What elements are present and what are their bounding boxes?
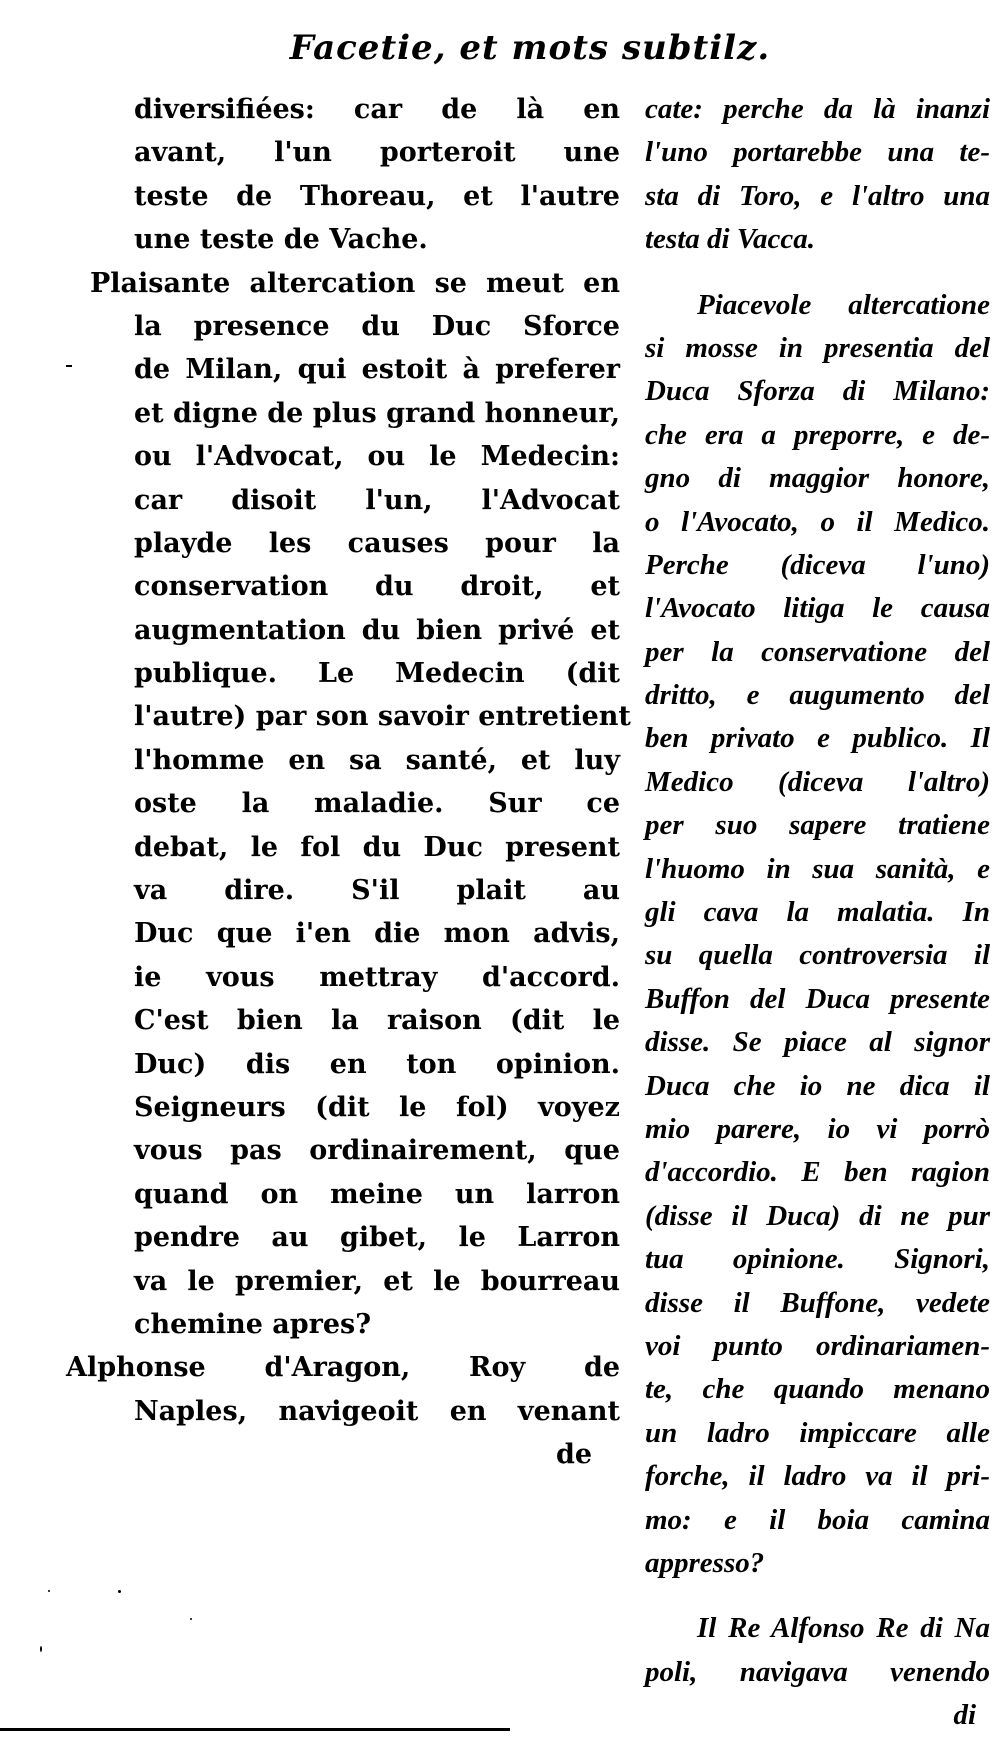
french-paragraph-3: Alphonse d'Aragon, Roy de Naples, navige… xyxy=(90,1346,620,1476)
text-line: appresso? xyxy=(645,1542,990,1585)
text-line: augmentation du bien privé et xyxy=(90,609,620,652)
text-line: la presence du Duc Sforce xyxy=(90,305,620,348)
margin-mark xyxy=(66,365,72,367)
text-line: te, che quando menano xyxy=(645,1368,990,1411)
text-line: chemine apres? xyxy=(90,1303,620,1346)
text-line: un ladro impiccare alle xyxy=(645,1412,990,1455)
text-line: gli cava la malatia. In xyxy=(645,891,990,934)
italian-paragraph-1: cate: perche da là inanzi l'uno portareb… xyxy=(645,88,990,262)
text-line: conservation du droit, et xyxy=(90,565,620,608)
text-line: disse. Se piace al signor xyxy=(645,1021,990,1064)
text-line: de Milan, qui estoit à preferer xyxy=(90,348,620,391)
text-line: oste la maladie. Sur ce xyxy=(90,782,620,825)
text-line: Seigneurs (dit le fol) voyez xyxy=(90,1086,620,1129)
text-line: Perche (diceva l'uno) xyxy=(645,544,990,587)
text-line: forche, il ladro va il pri- xyxy=(645,1455,990,1498)
text-line: tua opinione. Signori, xyxy=(645,1238,990,1281)
text-line: une teste de Vache. xyxy=(90,218,620,261)
text-line: vous pas ordinairement, que xyxy=(90,1129,620,1172)
text-line: l'autre) par son savoir entretient xyxy=(90,695,620,738)
french-paragraph-1: diversifiées: car de là en avant, l'un p… xyxy=(90,88,620,262)
text-line: ie vous mettray d'accord. xyxy=(90,956,620,999)
text-line: voi punto ordinariamen- xyxy=(645,1325,990,1368)
book-page: Facetie, et mots subtilz. diversifiées: … xyxy=(0,0,1000,1740)
italian-paragraph-3: Il Re Alfonso Re di Na poli, navigava ve… xyxy=(645,1607,990,1737)
page-bottom-edge xyxy=(0,1728,510,1731)
text-line: dritto, e augumento del xyxy=(645,674,990,717)
text-line: su quella controversia il xyxy=(645,934,990,977)
text-line: cate: perche da là inanzi xyxy=(645,88,990,131)
text-line: l'homme en sa santé, et luy xyxy=(90,739,620,782)
text-line: Duca Sforza di Milano: xyxy=(645,370,990,413)
text-line: disse il Buffone, vedete xyxy=(645,1282,990,1325)
text-line: debat, le fol du Duc present xyxy=(90,826,620,869)
text-line: per suo sapere tratiene xyxy=(645,804,990,847)
text-line: Alphonse d'Aragon, Roy de xyxy=(66,1346,620,1389)
print-speck xyxy=(48,1590,50,1592)
text-line: sta di Toro, e l'altro una xyxy=(645,175,990,218)
catchword: de xyxy=(90,1433,620,1476)
print-speck xyxy=(190,1618,192,1620)
text-line: d'accordio. E ben ragion xyxy=(645,1151,990,1194)
text-line: l'Avocato litiga le causa xyxy=(645,587,990,630)
text-line: mio parere, io vi porrò xyxy=(645,1108,990,1151)
text-line: poli, navigava venendo xyxy=(645,1651,990,1694)
text-line: quand on meine un larron xyxy=(90,1173,620,1216)
text-line: teste de Thoreau, et l'autre xyxy=(90,175,620,218)
text-line: l'uno portarebbe una te- xyxy=(645,131,990,174)
text-line: Duc) dis en ton opinion. xyxy=(90,1043,620,1086)
text-line: Il Re Alfonso Re di Na xyxy=(645,1607,990,1650)
text-line: gno di maggior honore, xyxy=(645,457,990,500)
text-line: C'est bien la raison (dit le xyxy=(90,999,620,1042)
catchword: di xyxy=(645,1694,990,1737)
text-line: Plaisante altercation se meut en xyxy=(90,262,620,305)
text-line: publique. Le Medecin (dit xyxy=(90,652,620,695)
text-line: va dire. S'il plait au xyxy=(90,869,620,912)
italian-column: cate: perche da là inanzi l'uno portareb… xyxy=(645,88,990,1737)
text-line: l'huomo in sua sanità, e xyxy=(645,848,990,891)
text-line: ben privato e publico. Il xyxy=(645,717,990,760)
running-head: Facetie, et mots subtilz. xyxy=(0,28,1000,68)
text-line: o l'Avocato, o il Medico. xyxy=(645,501,990,544)
italian-paragraph-2: Piacevole altercatione si mosse in prese… xyxy=(645,284,990,1586)
text-line: mo: e il boia camina xyxy=(645,1499,990,1542)
french-paragraph-2: Plaisante altercation se meut en la pres… xyxy=(90,262,620,1347)
text-line: Buffon del Duca presente xyxy=(645,978,990,1021)
text-line: Duca che io ne dica il xyxy=(645,1065,990,1108)
text-line: playde les causes pour la xyxy=(90,522,620,565)
text-line: che era a preporre, e de- xyxy=(645,414,990,457)
text-line: per la conservatione del xyxy=(645,631,990,674)
print-speck xyxy=(40,1646,42,1652)
text-line: Naples, navigeoit en venant xyxy=(90,1390,620,1433)
text-line: Piacevole altercatione xyxy=(645,284,990,327)
text-line: avant, l'un porteroit une xyxy=(90,131,620,174)
text-line: va le premier, et le bourreau xyxy=(90,1260,620,1303)
text-line: Duc que i'en die mon advis, xyxy=(90,912,620,955)
text-line: et digne de plus grand honneur, xyxy=(90,392,620,435)
text-line: si mosse in presentia del xyxy=(645,327,990,370)
print-speck xyxy=(118,1590,121,1593)
french-column: diversifiées: car de là en avant, l'un p… xyxy=(90,88,620,1477)
text-line: testa di Vacca. xyxy=(645,218,990,261)
text-line: (disse il Duca) di ne pur xyxy=(645,1195,990,1238)
text-line: pendre au gibet, le Larron xyxy=(90,1216,620,1259)
text-line: ou l'Advocat, ou le Medecin: xyxy=(90,435,620,478)
text-line: diversifiées: car de là en xyxy=(90,88,620,131)
text-line: Medico (diceva l'altro) xyxy=(645,761,990,804)
text-line: car disoit l'un, l'Advocat xyxy=(90,479,620,522)
